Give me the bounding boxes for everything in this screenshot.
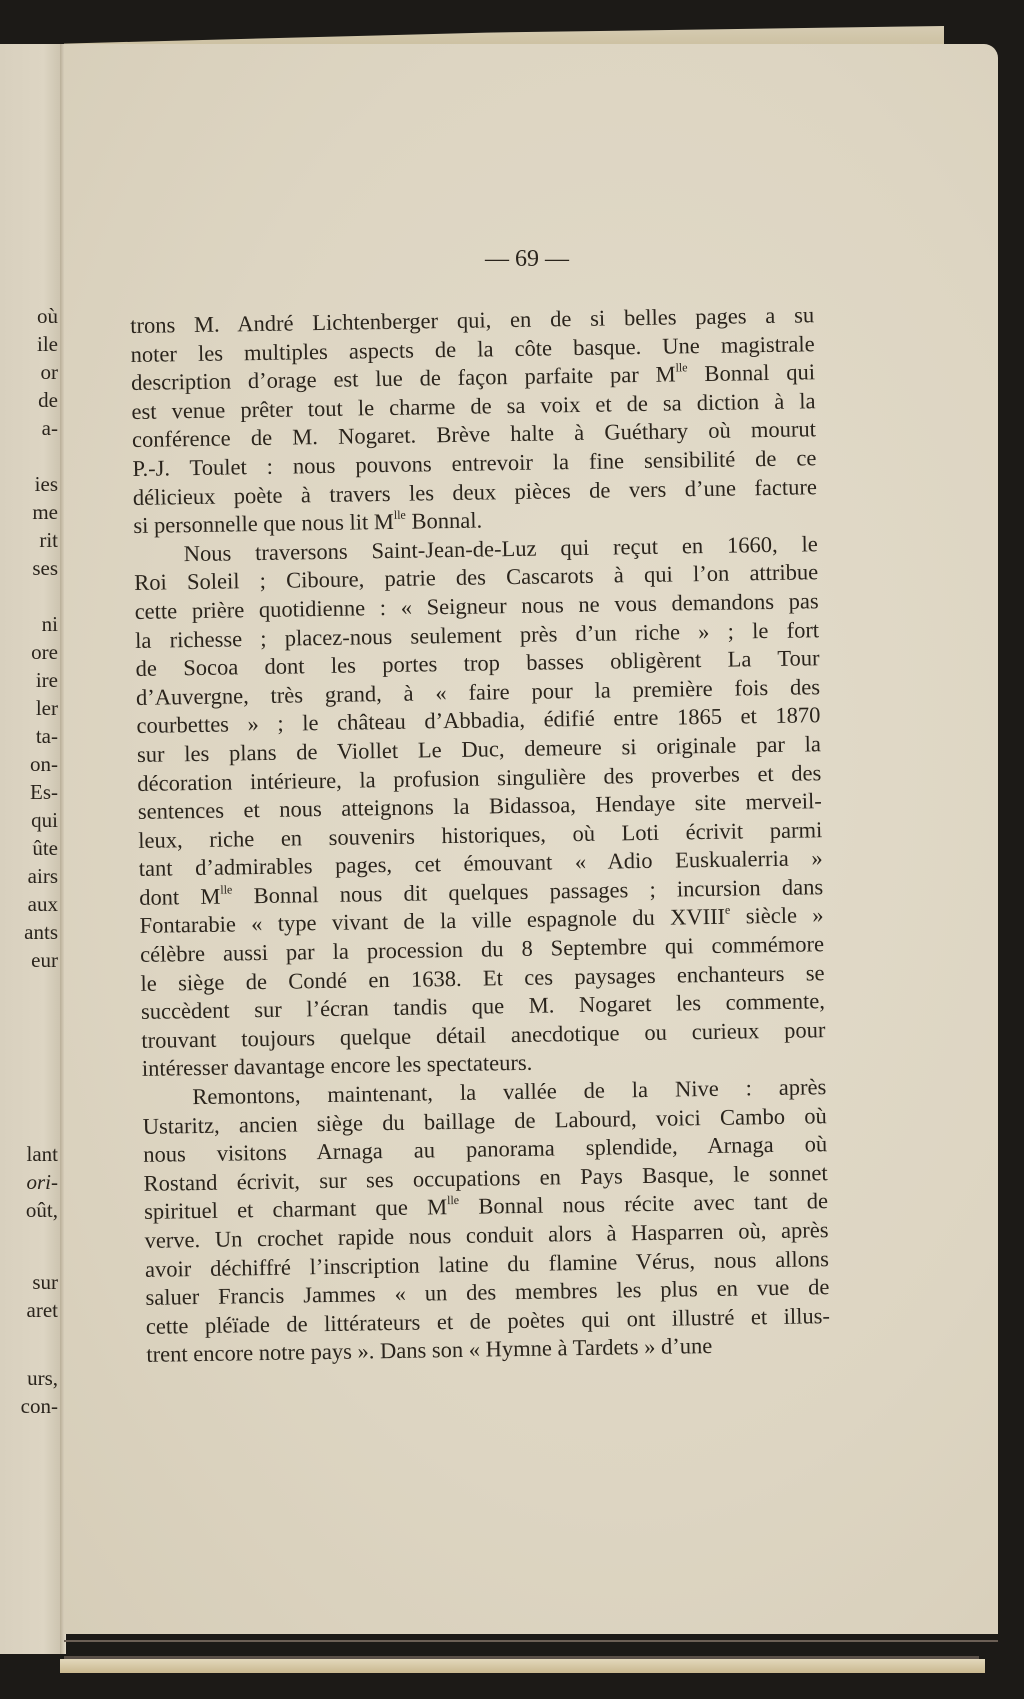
paragraph: Nous traversons Saint-Jean-de-Luz qui re… — [134, 530, 826, 1084]
left-page-text-fragment: con- — [21, 1396, 58, 1417]
left-page-text-fragment: urs, — [27, 1368, 58, 1389]
left-page-text-fragment: Es- — [30, 782, 58, 803]
paragraph: trons M. André Lichtenberger qui, en de … — [130, 301, 818, 540]
superscript: lle — [394, 508, 406, 522]
left-page-text-fragment: aux — [28, 894, 58, 915]
left-page-text-fragment: or — [41, 362, 59, 383]
left-page-text-fragment: lant — [27, 1144, 59, 1165]
left-page-text-fragment: ori- — [27, 1172, 59, 1193]
left-page-text-fragment: ants — [24, 922, 58, 943]
left-page-text-fragment: me — [32, 502, 58, 523]
left-page-text-fragment: de — [38, 390, 58, 411]
page-bottom-edge — [64, 1640, 998, 1642]
left-page-fragment: oùileordea-iesmeritsesnioreirelerta-on-E… — [0, 44, 62, 1654]
superscript: lle — [220, 882, 232, 896]
left-page-text-fragment: ûte — [32, 838, 58, 859]
left-page-text-fragment: ta- — [36, 726, 58, 747]
left-page-text-fragment: où — [37, 306, 58, 327]
page-stack-edge — [60, 1659, 985, 1673]
body-text: trons M. André Lichtenberger qui, en de … — [130, 301, 831, 1370]
left-page-text-fragment: eur — [31, 950, 58, 971]
left-page-text-fragment: ni — [42, 614, 58, 635]
left-page-text-fragment: rit — [39, 530, 58, 551]
left-page-text-fragment: sur — [32, 1272, 58, 1293]
page-number: — 69 — — [0, 246, 1024, 273]
superscript: lle — [447, 1193, 459, 1207]
left-page-text-fragment: on- — [30, 754, 58, 775]
superscript: lle — [675, 360, 687, 374]
left-page-text-fragment: a- — [42, 418, 58, 439]
left-page-text-fragment: qui — [31, 810, 58, 831]
left-page-text-fragment: aret — [27, 1300, 58, 1321]
left-page-text-fragment: ler — [36, 698, 58, 719]
left-page-text-fragment: ire — [36, 670, 58, 691]
left-page-text-fragment: oût, — [26, 1200, 58, 1221]
left-page-text-fragment: ies — [35, 474, 58, 495]
superscript: e — [725, 903, 731, 917]
left-page-text-fragment: airs — [28, 866, 58, 887]
paragraph: Remontons, maintenant, la vallée de la N… — [142, 1073, 830, 1370]
left-page-text-fragment: ile — [37, 334, 58, 355]
left-page-text-fragment: ore — [31, 642, 58, 663]
left-page-text-fragment: ses — [32, 558, 58, 579]
